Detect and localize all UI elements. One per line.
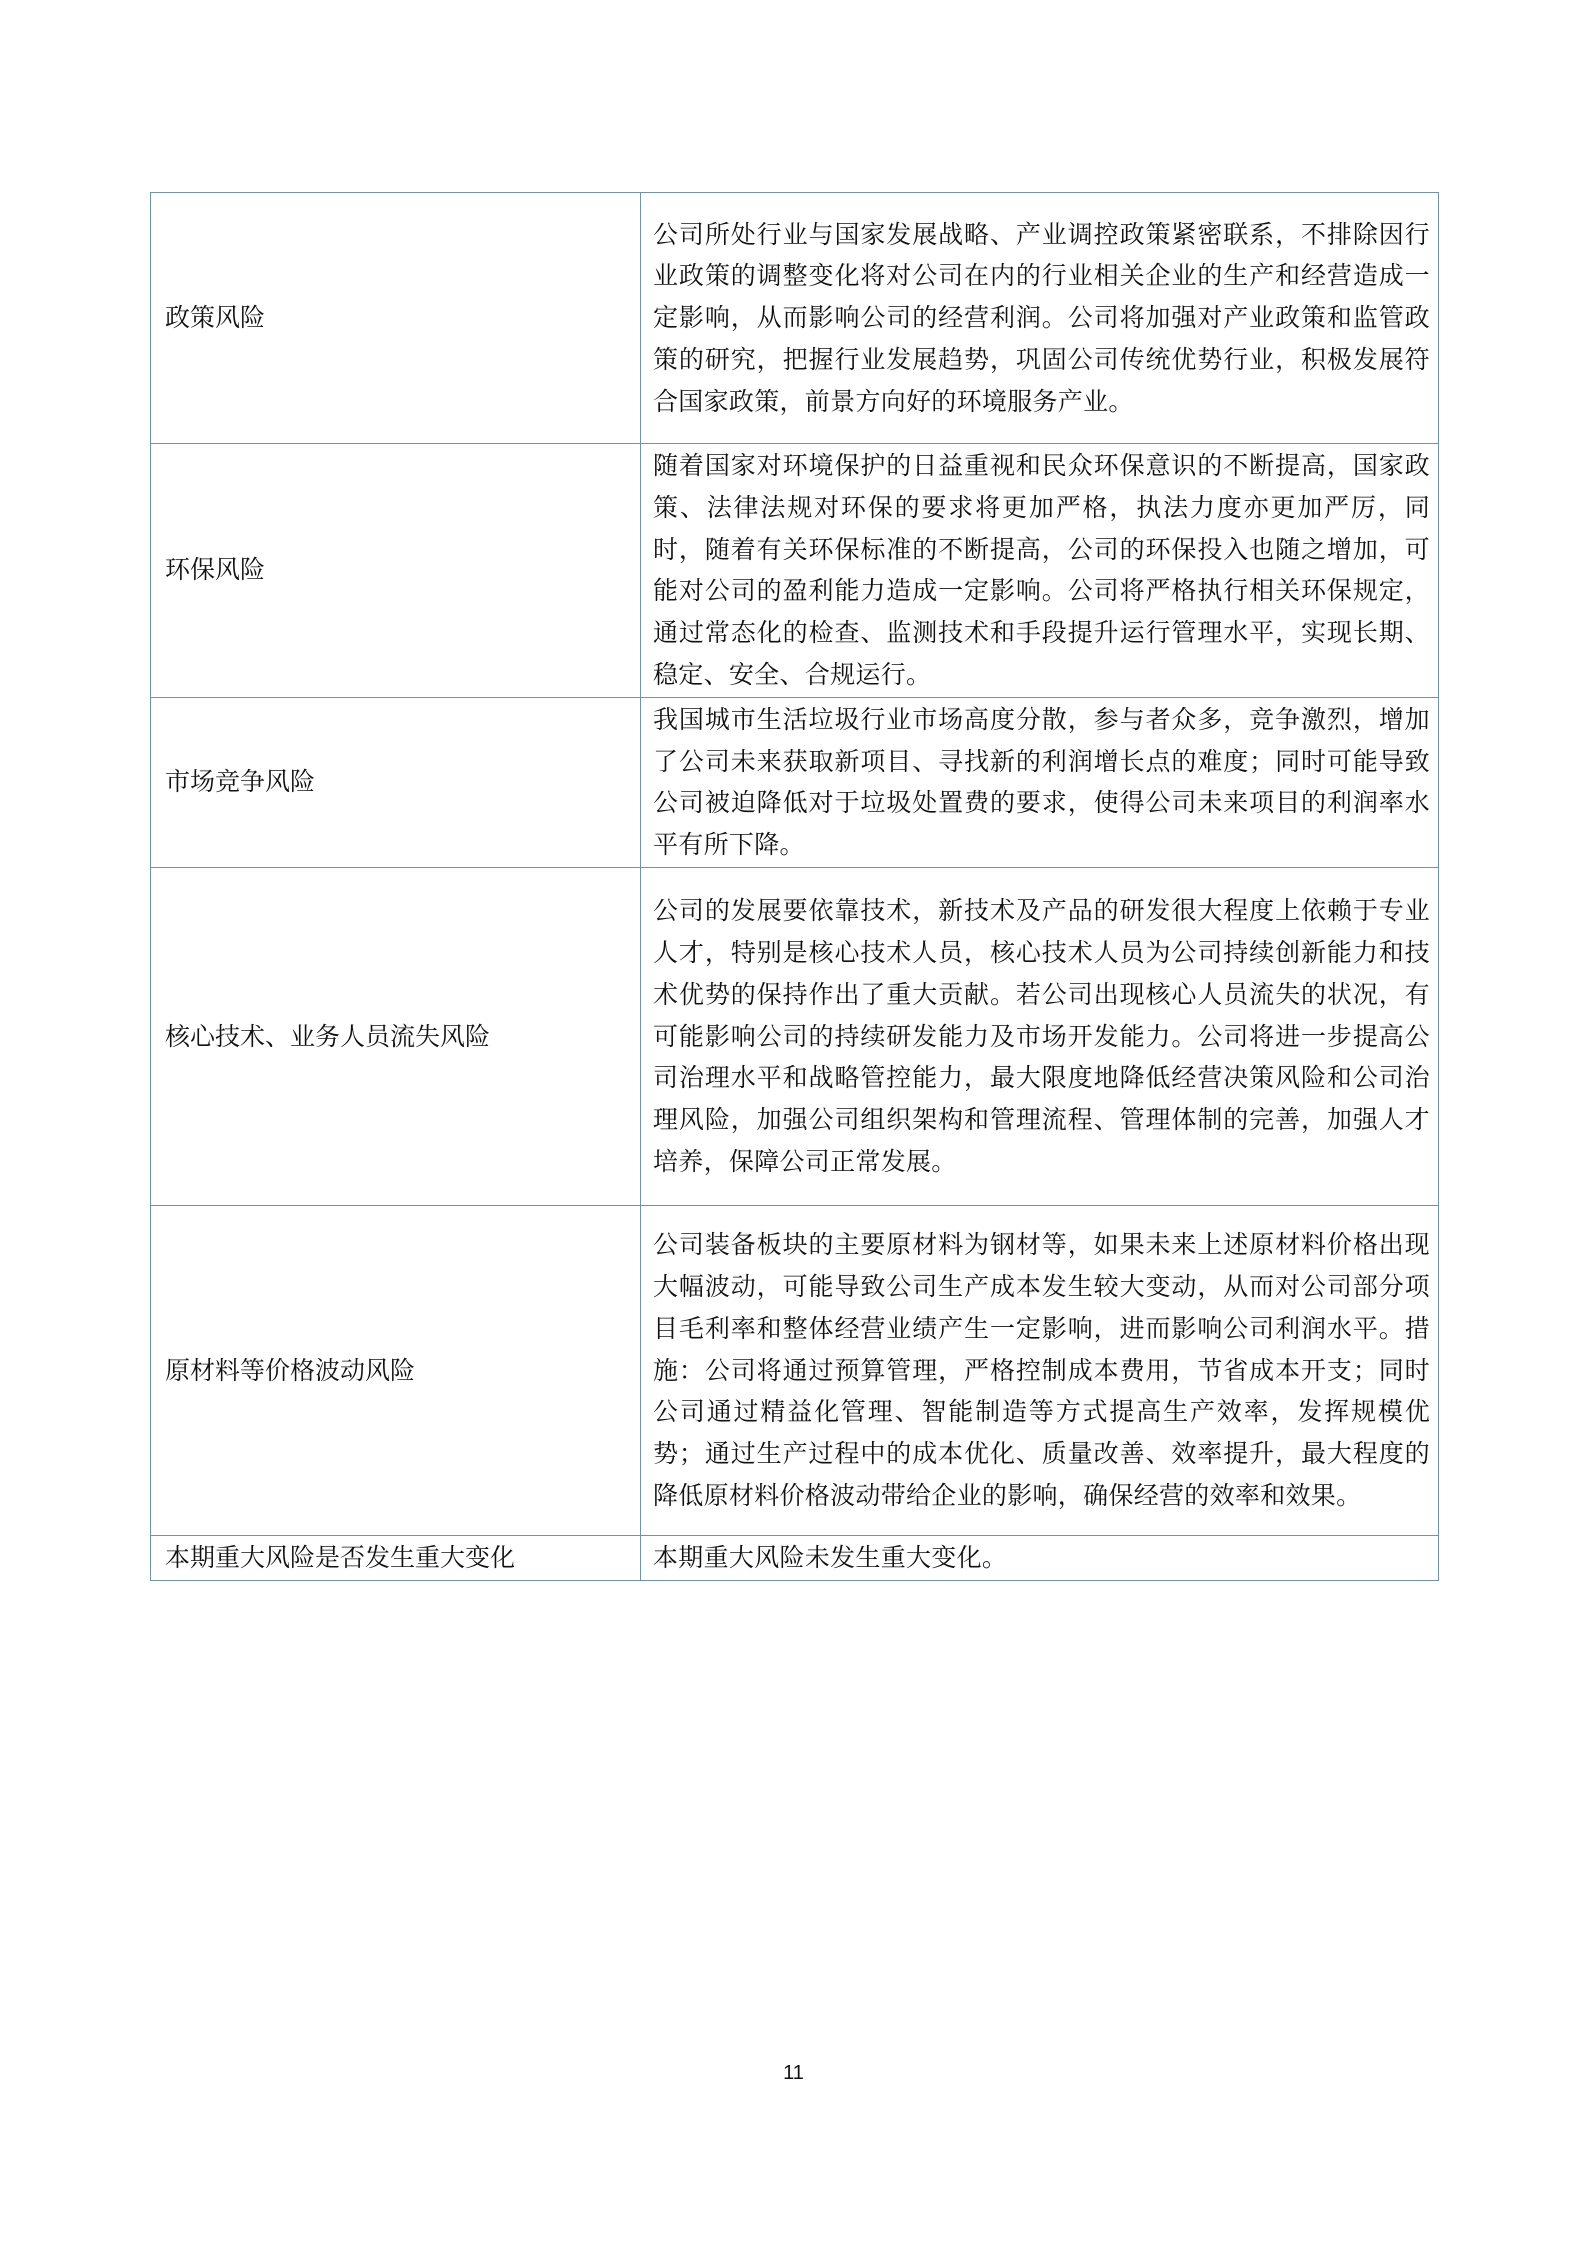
table-row-environmental-risk: 环保风险 随着国家对环境保护的日益重视和民众环保意识的不断提高，国家政策、法律法… <box>151 444 1439 698</box>
table-row-market-competition-risk: 市场竞争风险 我国城市生活垃圾行业市场高度分散，参与者众多，竞争激烈，增加了公司… <box>151 697 1439 867</box>
table-row-major-risk-change: 本期重大风险是否发生重大变化 本期重大风险未发生重大变化。 <box>151 1535 1439 1580</box>
risk-description: 我国城市生活垃圾行业市场高度分散，参与者众多，竞争激烈，增加了公司未来获取新项目… <box>641 697 1439 867</box>
risk-label: 本期重大风险是否发生重大变化 <box>151 1535 641 1580</box>
risk-description: 本期重大风险未发生重大变化。 <box>641 1535 1439 1580</box>
table-row-raw-material-price-risk: 原材料等价格波动风险 公司装备板块的主要原材料为钢材等，如果未来上述原材料价格出… <box>151 1205 1439 1535</box>
table-row-policy-risk: 政策风险 公司所处行业与国家发展战略、产业调控政策紧密联系，不排除因行业政策的调… <box>151 193 1439 444</box>
page-number: 11 <box>0 2062 1587 2085</box>
risk-label: 环保风险 <box>151 444 641 698</box>
risk-description: 随着国家对环境保护的日益重视和民众环保意识的不断提高，国家政策、法律法规对环保的… <box>641 444 1439 698</box>
risk-label: 市场竞争风险 <box>151 697 641 867</box>
risk-description: 公司的发展要依靠技术，新技术及产品的研发很大程度上依赖于专业人才，特别是核心技术… <box>641 867 1439 1205</box>
risk-table: 政策风险 公司所处行业与国家发展战略、产业调控政策紧密联系，不排除因行业政策的调… <box>150 192 1439 1581</box>
risk-label: 政策风险 <box>151 193 641 444</box>
table-row-personnel-loss-risk: 核心技术、业务人员流失风险 公司的发展要依靠技术，新技术及产品的研发很大程度上依… <box>151 867 1439 1205</box>
risk-label: 原材料等价格波动风险 <box>151 1205 641 1535</box>
risk-label: 核心技术、业务人员流失风险 <box>151 867 641 1205</box>
risk-description: 公司所处行业与国家发展战略、产业调控政策紧密联系，不排除因行业政策的调整变化将对… <box>641 193 1439 444</box>
document-page: 政策风险 公司所处行业与国家发展战略、产业调控政策紧密联系，不排除因行业政策的调… <box>0 0 1587 2245</box>
risk-description: 公司装备板块的主要原材料为钢材等，如果未来上述原材料价格出现大幅波动，可能导致公… <box>641 1205 1439 1535</box>
